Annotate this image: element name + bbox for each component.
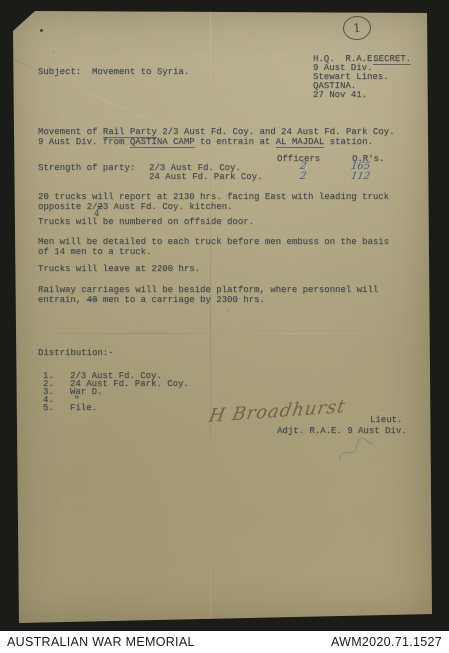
signature-handwriting: H Broadhurst bbox=[207, 396, 347, 427]
para-men-line2: of 14 men to a truck. bbox=[38, 247, 151, 257]
awm-caption-bar: AUSTRALIAN WAR MEMORIAL AWM2020.71.1527 bbox=[0, 631, 449, 653]
strength-label: Strength of party: bbox=[38, 163, 135, 173]
distribution-heading: Distribution:- bbox=[38, 348, 114, 358]
strength-row-ors-value: 112 bbox=[350, 171, 371, 182]
page-number-badge: 1 bbox=[342, 15, 372, 41]
document-content: 1 SECRET. H.Q. R.A.E. 9 Aust Div. Stewar… bbox=[13, 11, 432, 625]
underlined-text: QASTINA CAMP bbox=[130, 137, 195, 148]
text-run: to entrain at bbox=[195, 137, 276, 147]
pencil-scribble-icon bbox=[332, 434, 380, 473]
text-run: 2/3 Aust Fd. Coy. and 24 Aust Fd. Park C… bbox=[157, 127, 395, 137]
item-text: File. bbox=[70, 403, 97, 413]
para-trucks-report-line2: opposite 2/23 Aust Fd. Coy. kitchen.4 bbox=[38, 202, 232, 212]
item-number: 5. bbox=[43, 403, 70, 413]
text-run: entrain, bbox=[38, 295, 87, 305]
para-men-line1: Men will be detailed to each truck befor… bbox=[38, 237, 389, 247]
signature-rank: Lieut. bbox=[370, 415, 402, 425]
para-movement-line1: Movement of Rail Party 2/3 Aust Fd. Coy.… bbox=[38, 127, 394, 137]
para-leave: Trucks will leave at 2200 hrs. bbox=[38, 264, 200, 274]
text-run: Movement of bbox=[38, 127, 103, 137]
subject-line: Subject: Movement to Syria. bbox=[38, 67, 189, 77]
awm-institution: AUSTRALIAN WAR MEMORIAL bbox=[7, 635, 195, 649]
signature-title: Adjt. R.A.E. 9 Aust Div. bbox=[277, 426, 407, 436]
para-numbered: Trucks will be numbered on offside door. bbox=[38, 217, 254, 227]
page-number: 1 bbox=[353, 21, 362, 36]
scan-backdrop: 1 SECRET. H.Q. R.A.E. 9 Aust Div. Stewar… bbox=[0, 0, 449, 653]
strength-row-officers-value: 2 bbox=[299, 171, 307, 182]
distribution-item: 5.File. bbox=[43, 403, 97, 413]
strength-row-unit: 24 Aust Fd. Park Coy. bbox=[149, 172, 262, 182]
text-run: 9 Aust Div. from bbox=[38, 137, 130, 147]
para-rail-line1: Railway carriages will be beside platfor… bbox=[38, 285, 378, 295]
classification-label: SECRET. bbox=[373, 54, 411, 65]
para-rail-line2: entrain, 48 men to a carriage by 2300 hr… bbox=[38, 295, 265, 305]
text-run: station. bbox=[324, 137, 373, 147]
text-run: 3 Aust Fd. Coy. kitchen. bbox=[103, 202, 233, 212]
underlined-text: AL MAJDAL bbox=[276, 137, 325, 148]
para-trucks-report-line1: 20 trucks will report at 2130 hrs. facin… bbox=[38, 192, 389, 202]
letterhead-line-date: 27 Nov 41. bbox=[313, 90, 367, 100]
text-run: opposite 2/ bbox=[38, 202, 97, 212]
text-run: men to a carriage by 2300 hrs. bbox=[97, 295, 264, 305]
para-movement-line2: 9 Aust Div. from QASTINA CAMP to entrain… bbox=[38, 137, 373, 147]
awm-accession-number: AWM2020.71.1527 bbox=[331, 635, 442, 649]
struck-text: 48 bbox=[87, 295, 98, 305]
strength-col-officers: Officers bbox=[277, 154, 320, 164]
document-paper: 1 SECRET. H.Q. R.A.E. 9 Aust Div. Stewar… bbox=[13, 11, 432, 625]
